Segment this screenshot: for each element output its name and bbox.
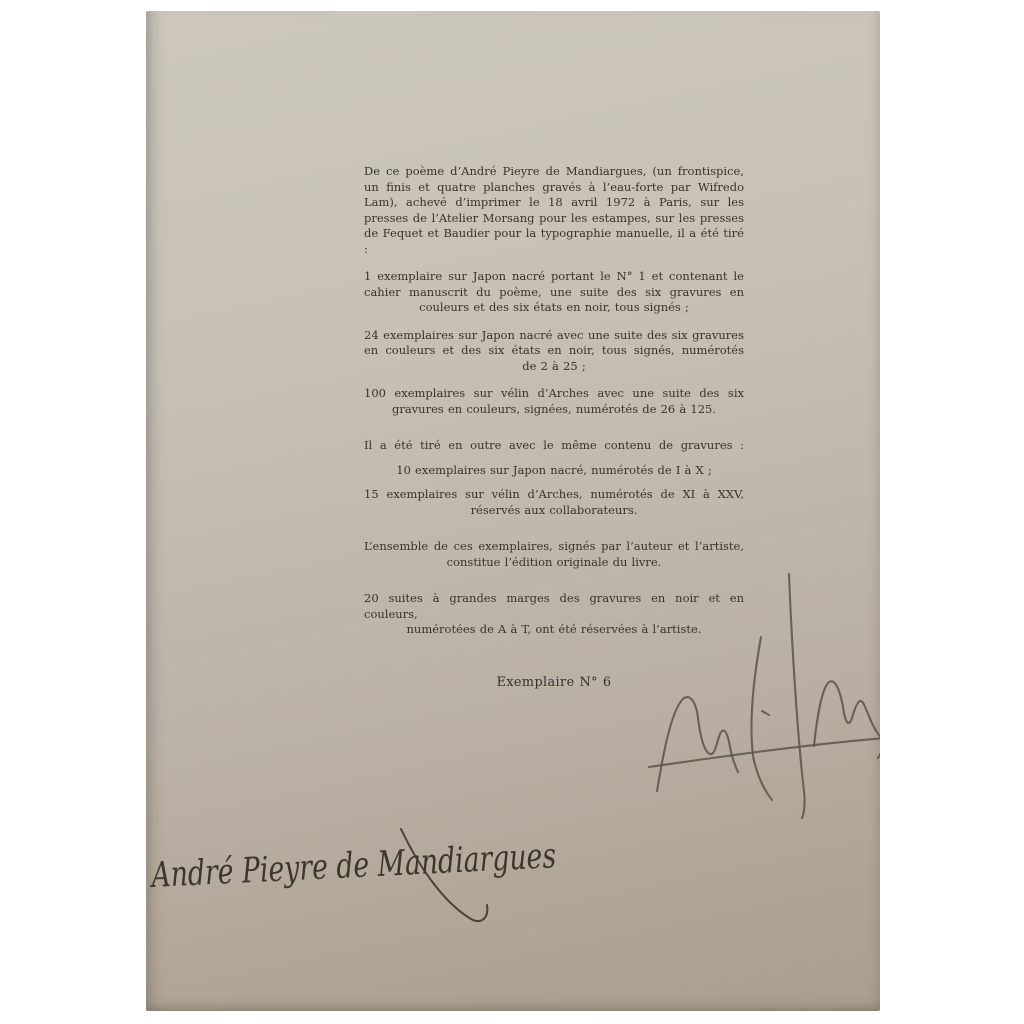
signature-stroke [814,681,880,758]
book-page: De ce poème d’André Pieyre de Mandiargue… [146,11,880,1011]
author-signature: André Pieyre de Mandiargues [148,829,557,921]
colophon-line: de 2 à 25 ; [364,359,744,375]
colophon-line: gravures en couleurs, signées, numérotés… [364,402,744,418]
colophon-line: De ce poème d’André Pieyre de Mandiargue… [364,164,744,180]
colophon-paragraph: 20 suites à grandes marges des gravures … [364,591,744,638]
colophon-line: cahier manuscrit du poème, une suite des… [364,285,744,301]
colophon-line: de Fequet et Baudier pour la typographie… [364,226,744,257]
colophon-paragraph: 1 exemplaire sur Japon nacré portant le … [364,269,744,316]
colophon-line: 15 exemplaires sur vélin d’Arches, numér… [364,487,744,503]
colophon-line: 1 exemplaire sur Japon nacré portant le … [364,269,744,285]
colophon-line: réservés aux collaborateurs. [364,503,744,519]
colophon-line: numérotées de A à T, ont été réservées à… [364,622,744,638]
signature-stroke [649,738,880,767]
colophon-paragraph: 24 exemplaires sur Japon nacré avec une … [364,328,744,375]
colophon-paragraph: 100 exemplaires sur vélin d’Arches avec … [364,386,744,417]
author-signature-flourish [401,829,487,921]
colophon-line: couleurs et des six états en noir, tous … [364,300,744,316]
colophon-paragraph: L’ensemble de ces exemplaires, signés pa… [364,539,744,570]
colophon-line: Lam), achevé d’imprimer le 18 avril 1972… [364,195,744,211]
signature-stroke [657,697,738,791]
colophon-line: 10 exemplaires sur Japon nacré, numéroté… [364,463,744,479]
colophon-line: 20 suites à grandes marges des gravures … [364,591,744,622]
colophon-text-block: De ce poème d’André Pieyre de Mandiargue… [364,164,744,690]
colophon-line: 100 exemplaires sur vélin d’Arches avec … [364,386,744,402]
colophon-line: en couleurs et des six états en noir, to… [364,343,744,359]
colophon-paragraph: 15 exemplaires sur vélin d’Arches, numér… [364,487,744,518]
colophon-line: 24 exemplaires sur Japon nacré avec une … [364,328,744,344]
colophon-line: L’ensemble de ces exemplaires, signés pa… [364,539,744,555]
colophon-line: un finis et quatre planches gravés à l’e… [364,180,744,196]
signature-stroke [751,637,772,800]
signature-stroke [789,574,805,818]
copy-number-line: Exemplaire N° 6 [364,675,744,691]
colophon-paragraph: Il a été tiré en outre avec le même cont… [364,438,744,454]
colophon-paragraph: 10 exemplaires sur Japon nacré, numéroté… [364,463,744,479]
colophon-line: presses de l’Atelier Morsang pour les es… [364,211,744,227]
colophon-line: Il a été tiré en outre avec le même cont… [364,438,744,454]
author-signature-text: André Pieyre de Mandiargues [148,836,557,896]
colophon-line: constitue l’édition originale du livre. [364,555,744,571]
colophon-paragraph: De ce poème d’André Pieyre de Mandiargue… [364,164,744,257]
signature-stroke [762,711,769,715]
photo-frame: De ce poème d’André Pieyre de Mandiargue… [0,0,1024,1024]
